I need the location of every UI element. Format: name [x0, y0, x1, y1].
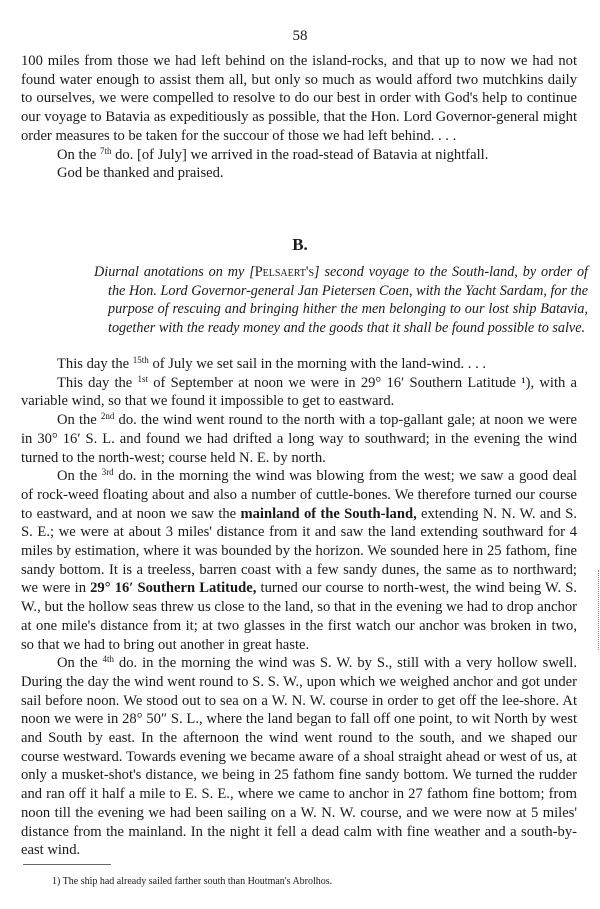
- text: On the: [57, 412, 101, 428]
- bold-text: 29° 16′ Southern Latitude,: [90, 580, 256, 596]
- superscript: 2nd: [101, 411, 115, 421]
- section-intro: Diurnal anotations on my [Pelsaert's] se…: [94, 263, 588, 338]
- section-b-text: This day the 15th of July we set sail in…: [21, 355, 577, 860]
- paragraph-sept-4: On the 4th do. in the morning the wind w…: [21, 654, 577, 860]
- text: This day the: [57, 356, 133, 372]
- section-heading: B.: [0, 235, 600, 255]
- paragraph-sept-3: On the 3rd do. in the morning the wind w…: [21, 467, 577, 654]
- text: of July we set sail in the morning with …: [149, 356, 486, 372]
- paragraph-sept-1: This day the 1st of September at noon we…: [21, 374, 577, 411]
- section-a-text: 100 miles from those we had left behind …: [21, 52, 577, 183]
- superscript: 1st: [138, 374, 149, 384]
- small-caps-name: Pelsaert's: [255, 264, 314, 280]
- superscript: 4th: [103, 654, 115, 664]
- text: do. in the morning the wind was S. W. by…: [21, 655, 577, 858]
- paragraph-july-15: This day the 15th of July we set sail in…: [21, 355, 577, 374]
- paragraph-thanks: God be thanked and praised.: [21, 164, 577, 183]
- text: This day the: [57, 375, 138, 391]
- text: On the: [57, 655, 103, 671]
- superscript: 3rd: [102, 467, 114, 477]
- text: On the: [57, 147, 100, 163]
- document-page: 58 100 miles from those we had left behi…: [0, 0, 600, 909]
- superscript: 7th: [100, 146, 112, 156]
- superscript: 15th: [133, 355, 149, 365]
- text: do. [of July] we arrived in the road-ste…: [111, 147, 488, 163]
- footnote-rule: [23, 864, 111, 865]
- bold-text: mainland of the South-land,: [240, 506, 416, 522]
- footnote: 1) The ship had already sailed farther s…: [52, 876, 332, 887]
- text: On the: [57, 468, 102, 484]
- text: Diurnal anotations on my [: [94, 264, 255, 280]
- paragraph-arrival: On the 7th do. [of July] we arrived in t…: [21, 146, 577, 165]
- page-number: 58: [0, 28, 600, 45]
- paragraph-sept-2: On the 2nd do. the wind went round to th…: [21, 411, 577, 467]
- paragraph-continuation: 100 miles from those we had left behind …: [21, 52, 577, 146]
